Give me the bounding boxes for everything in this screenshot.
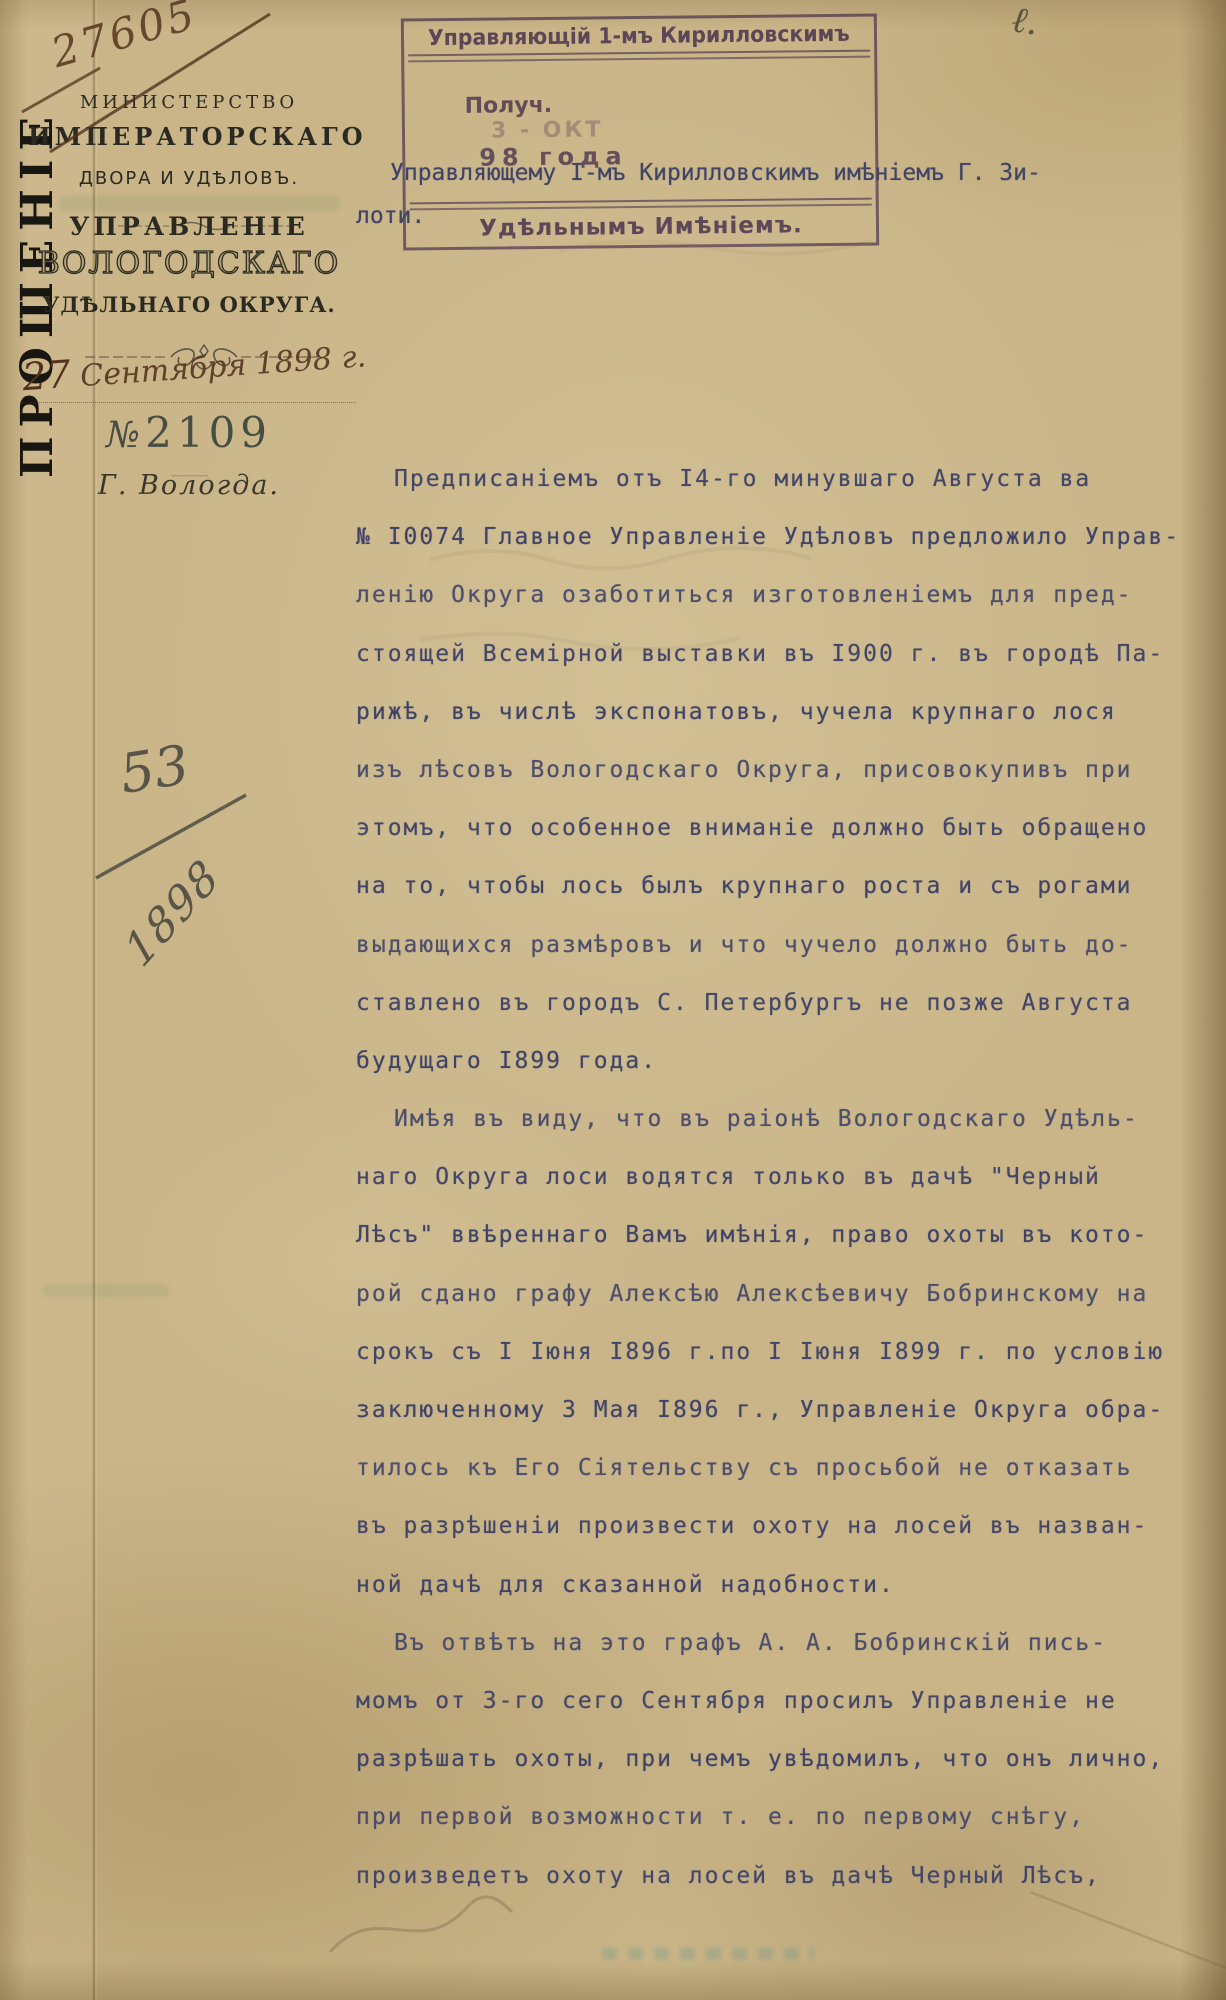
office-line-2: ВОЛОГОДСКАГО <box>28 246 350 281</box>
typed-line: на то, чтобы лось былъ крупнаго роста и … <box>356 873 1216 931</box>
stamp-received-label: Получ. <box>465 93 553 119</box>
typed-line: разрѣшать охоты, при чемъ увѣдомилъ, что… <box>356 1746 1216 1804</box>
stamp-line-3: Удѣльнымъ Имѣніемъ. <box>406 206 876 248</box>
office-line-1: УПРАВЛЕНІЕ <box>28 212 350 241</box>
typed-line: Въ отвѣтъ на это графъ А. А. Бобринскій … <box>356 1630 1216 1688</box>
faded-archive-mark <box>602 1948 814 1960</box>
typed-line: Имѣя въ виду, что въ раіонѣ Вологодскаго… <box>356 1106 1216 1164</box>
scanned-document-page: ПРОШЕНІЕ 27605 ℓ. МИНИСТЕРСТВО ИМПЕРАТОР… <box>0 0 1226 2000</box>
typed-line: Лѣсъ" ввѣреннаго Вамъ имѣнія, право охот… <box>356 1222 1216 1280</box>
numero-sign: № <box>106 415 140 456</box>
typed-line: рижѣ, въ числѣ экспонатовъ, чучела крупн… <box>356 699 1216 757</box>
office-line-3: УДѢЛЬНАГО ОКРУГА. <box>28 292 350 317</box>
ministry-line-2: ИМПЕРАТОРСКАГО <box>28 122 350 151</box>
stamp-line-1: Управляющій 1-мъ Кирилловскимъ <box>404 17 874 55</box>
typed-line: № I0074 Главное Управленіе Удѣловъ предл… <box>356 524 1216 582</box>
ink-bleedthrough-spot <box>42 1284 170 1297</box>
city-line: Г. Вологда. <box>28 470 350 501</box>
typed-line: стоящей Всемірной выставки въ I900 г. въ… <box>356 641 1216 699</box>
typed-line: тилось къ Его Сіятельству съ просьбой не… <box>356 1455 1216 1513</box>
typed-line: срокъ съ I Іюня I896 г.по I Іюня I899 г.… <box>356 1339 1216 1397</box>
typed-line: ставлено въ городъ С. Петербургъ не позж… <box>356 990 1216 1048</box>
typed-line: будущаго I899 года. <box>356 1048 1216 1106</box>
corner-page-mark: ℓ. <box>1009 0 1041 44</box>
case-number: № 2109 <box>28 408 350 457</box>
handwritten-date-day: 27 <box>21 352 72 399</box>
typed-line: наго Округа лоси водятся только въ дачѣ … <box>356 1164 1216 1222</box>
typed-line: ной дачѣ для сказанной надобности. <box>356 1572 1216 1630</box>
case-number-value: 2109 <box>145 408 272 457</box>
typed-line: при первой возможности т. е. по первому … <box>356 1804 1216 1862</box>
ministry-line-3: ДВОРА И УДѢЛОВЪ. <box>28 168 350 189</box>
typed-line: рой сдано графу Алексѣю Алексѣевичу Бобр… <box>356 1281 1216 1339</box>
pencil-slash <box>96 795 246 878</box>
ministry-line-1: МИНИСТЕРСТВО <box>28 92 350 113</box>
typed-line: въ разрѣшеніи произвести охоту на лосей … <box>356 1513 1216 1571</box>
dotted-rule <box>22 402 357 403</box>
typed-line: Предписаніемъ отъ I4-го минувшаго Август… <box>356 466 1216 524</box>
typed-line: заключенному 3 Мая I896 г., Управленіе О… <box>356 1397 1216 1455</box>
typed-line: ленію Округа озаботиться изготовленіемъ … <box>356 582 1216 640</box>
typed-line: изъ лѣсовъ Вологодскаго Округа, присовок… <box>356 757 1216 815</box>
recipient-line-2: лоти. <box>356 203 425 229</box>
typed-line: произведетъ охоту на лосей въ дачѣ Черны… <box>356 1863 1216 1921</box>
typed-line: выдающихся размѣровъ и что чучело должно… <box>356 932 1216 990</box>
reception-stamp: Управляющій 1-мъ Кирилловскимъ Получ. 3 … <box>401 14 879 251</box>
typed-line: этомъ, что особенное вниманіе должно быт… <box>356 815 1216 873</box>
stamp-line-1-text: Управляющій 1-мъ Кирилловскимъ <box>428 22 850 51</box>
recipient-line-1: Управляющему I-мъ Кирилловскимъ имѣніемъ… <box>390 160 1041 186</box>
stamp-received-day: 3 - ОКТ <box>491 117 604 143</box>
typed-line: момъ от 3-го сего Сентября просилъ Управ… <box>356 1688 1216 1746</box>
pencil-file-number: 53 <box>115 733 193 806</box>
pencil-file-year: 1898 <box>116 849 229 978</box>
letterhead: МИНИСТЕРСТВО ИМПЕРАТОРСКАГО ДВОРА И УДѢЛ… <box>28 88 350 518</box>
body-text: Предписаніемъ отъ I4-го минувшаго Август… <box>356 466 1216 1921</box>
